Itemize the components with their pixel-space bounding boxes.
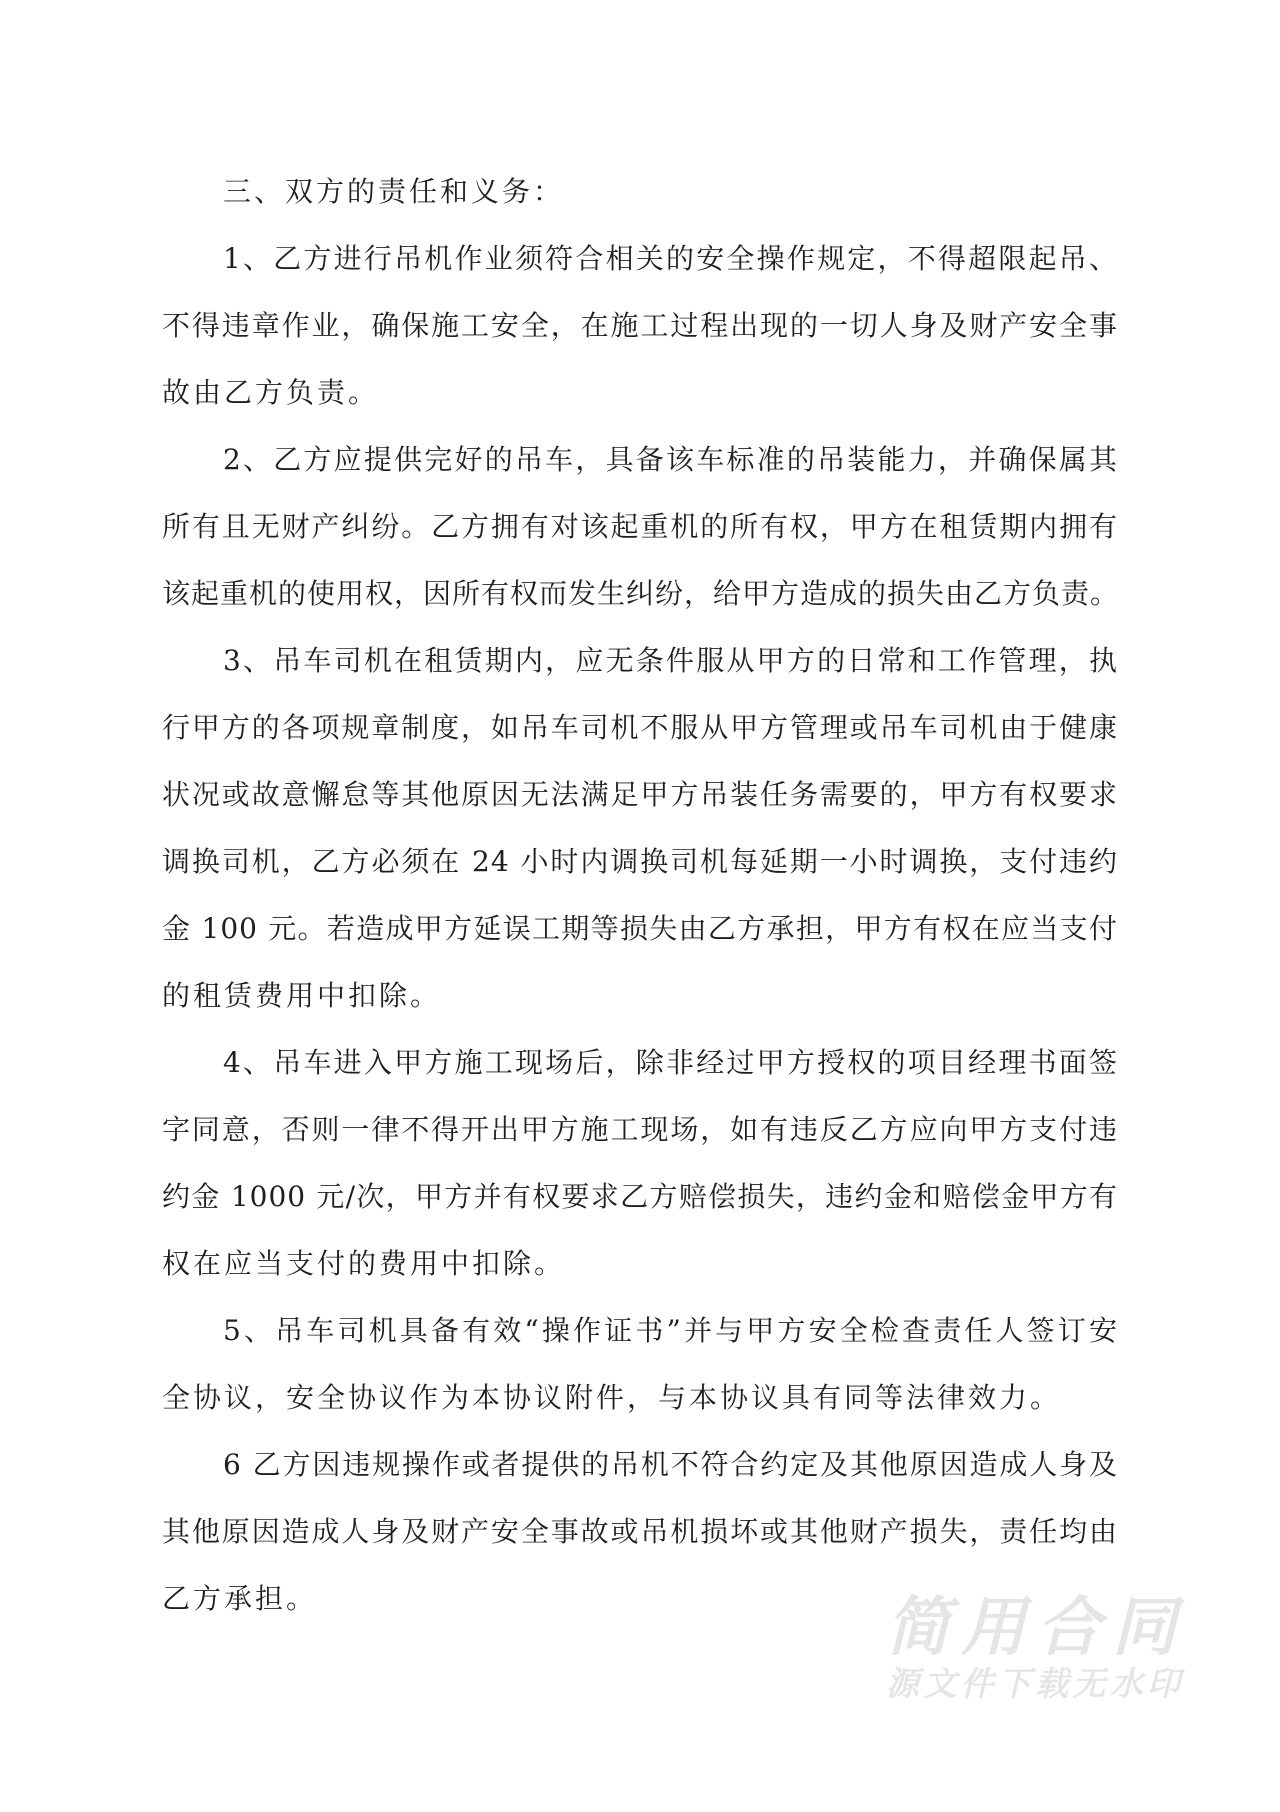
section-heading: 三、双方的责任和义务：: [162, 158, 1118, 225]
clause-line: 4、吊车进入甲方施工现场后，除非经过甲方授权的项目经理书面签: [162, 1029, 1118, 1096]
clause-line: 的租赁费用中扣除。: [162, 962, 1118, 1029]
clause-line: 状况或故意懈怠等其他原因无法满足甲方吊装任务需要的，甲方有权要求: [162, 761, 1118, 828]
clause-line: 3、吊车司机在租赁期内，应无条件服从甲方的日常和工作管理，执: [162, 627, 1118, 694]
document-body: 三、双方的责任和义务： 1、乙方进行吊机作业须符合相关的安全操作规定，不得超限起…: [162, 158, 1118, 1632]
clause-line: 所有且无财产纠纷。乙方拥有对该起重机的所有权，甲方在租赁期内拥有: [162, 493, 1118, 560]
clause-line: 行甲方的各项规章制度，如吊车司机不服从甲方管理或吊车司机由于健康: [162, 694, 1118, 761]
clause-line: 调换司机，乙方必须在 24 小时内调换司机每延期一小时调换，支付违约: [162, 828, 1118, 895]
clause-line: 5、吊车司机具备有效“操作证书”并与甲方安全检查责任人签订安: [162, 1297, 1118, 1364]
clause-line: 故由乙方负责。: [162, 359, 1118, 426]
clause-line: 金 100 元。若造成甲方延误工期等损失由乙方承担，甲方有权在应当支付: [162, 895, 1118, 962]
clause-2: 2、乙方应提供完好的吊车，具备该车标准的吊装能力，并确保属其 所有且无财产纠纷。…: [162, 426, 1118, 627]
clause-line: 6 乙方因违规操作或者提供的吊机不符合约定及其他原因造成人身及: [162, 1431, 1118, 1498]
document-page: 三、双方的责任和义务： 1、乙方进行吊机作业须符合相关的安全操作规定，不得超限起…: [0, 0, 1280, 1812]
watermark-brand: 简用合同: [886, 1592, 1182, 1664]
watermark-tagline: 源文件下载无水印: [886, 1664, 1182, 1704]
clause-line: 约金 1000 元/次，甲方并有权要求乙方赔偿损失，违约金和赔偿金甲方有: [162, 1163, 1118, 1230]
clause-5: 5、吊车司机具备有效“操作证书”并与甲方安全检查责任人签订安 全协议，安全协议作…: [162, 1297, 1118, 1431]
clause-line: 该起重机的使用权，因所有权而发生纠纷，给甲方造成的损失由乙方负责。: [162, 560, 1118, 627]
clause-line: 其他原因造成人身及财产安全事故或吊机损坏或其他财产损失，责任均由: [162, 1498, 1118, 1565]
clause-4: 4、吊车进入甲方施工现场后，除非经过甲方授权的项目经理书面签 字同意，否则一律不…: [162, 1029, 1118, 1297]
watermark: 简用合同 源文件下载无水印: [886, 1592, 1182, 1704]
clause-line: 2、乙方应提供完好的吊车，具备该车标准的吊装能力，并确保属其: [162, 426, 1118, 493]
clause-line: 不得违章作业，确保施工安全，在施工过程出现的一切人身及财产安全事: [162, 292, 1118, 359]
clause-1: 1、乙方进行吊机作业须符合相关的安全操作规定，不得超限起吊、 不得违章作业，确保…: [162, 225, 1118, 426]
clause-line: 全协议，安全协议作为本协议附件，与本协议具有同等法律效力。: [162, 1364, 1118, 1431]
clause-3: 3、吊车司机在租赁期内，应无条件服从甲方的日常和工作管理，执 行甲方的各项规章制…: [162, 627, 1118, 1029]
clause-line: 权在应当支付的费用中扣除。: [162, 1230, 1118, 1297]
clause-line: 字同意，否则一律不得开出甲方施工现场，如有违反乙方应向甲方支付违: [162, 1096, 1118, 1163]
clause-line: 1、乙方进行吊机作业须符合相关的安全操作规定，不得超限起吊、: [162, 225, 1118, 292]
